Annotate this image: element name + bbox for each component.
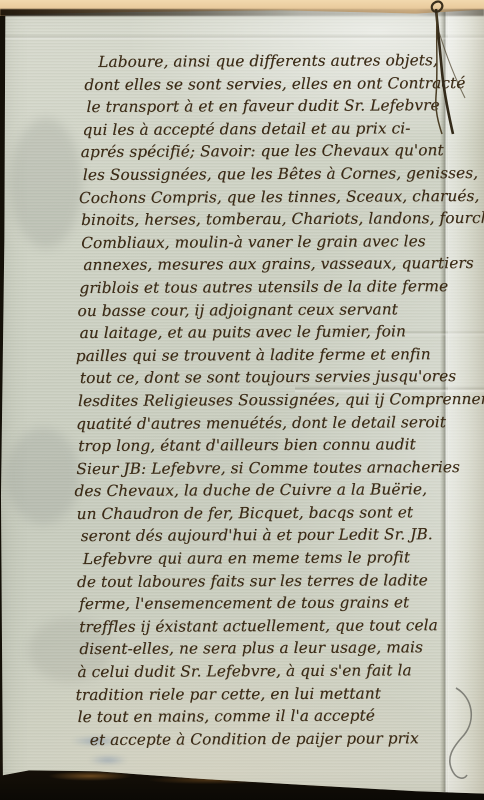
top-edge-shadow	[0, 9, 484, 16]
text-line: aprés spécifié; Savoir: que les Chevaux …	[83, 139, 463, 164]
ink-bleedthrough	[6, 428, 80, 524]
text-line: pailles qui se trouvent à ladite ferme e…	[84, 343, 464, 368]
text-line: un Chaudron de fer, Bicquet, bacqs sont …	[85, 501, 465, 526]
text-line: ferme, l'ensemencement de tous grains et	[85, 591, 465, 616]
text-line: Cochons Compris, que les tinnes, Sceaux,…	[83, 185, 463, 210]
text-line: trop long, étant d'ailleurs bien connu a…	[84, 433, 464, 458]
text-line: Combliaux, moulin-à vaner le grain avec …	[83, 230, 463, 255]
text-line: les Soussignées, que les Bêtes à Cornes,…	[83, 162, 463, 187]
text-line: griblois et tous autres utensils de la d…	[83, 275, 463, 300]
text-line: treffles ij éxistant actuellement, que t…	[85, 614, 465, 639]
manuscript-page: Laboure, ainsi que differents autres obj…	[0, 0, 484, 800]
text-line: et accepte à Condition de paijer pour pr…	[86, 727, 466, 752]
text-line: le transport à et en faveur dudit Sr. Le…	[82, 94, 462, 119]
text-line: annexes, mesures aux grains, vasseaux, q…	[83, 252, 463, 277]
text-line: qui les à accepté dans detail et au prix…	[83, 117, 463, 142]
text-line: de tout laboures faits sur les terres de…	[85, 569, 465, 594]
manuscript-text: Laboure, ainsi que differents autres obj…	[82, 49, 466, 751]
manuscript-photo: Laboure, ainsi que differents autres obj…	[0, 0, 484, 800]
text-line: Lefebvre qui aura en meme tems le profit	[85, 546, 465, 571]
top-crease	[0, 34, 484, 40]
text-line: seront dés aujourd'hui à et pour Ledit S…	[85, 523, 465, 548]
text-line: à celui dudit Sr. Lefebvre, à qui s'en f…	[85, 659, 465, 684]
text-line: disent-elles, ne sera plus a leur usage,…	[85, 636, 465, 661]
text-line: tradition riele par cette, en lui mettan…	[85, 682, 465, 707]
text-line: des Chevaux, la duche de Cuivre a la Buë…	[84, 478, 464, 503]
text-line: dont elles se sont servies, elles en ont…	[82, 72, 462, 97]
text-line: binoits, herses, tomberau, Chariots, lan…	[83, 207, 463, 232]
text-line: Laboure, ainsi que differents autres obj…	[82, 49, 462, 74]
text-line: au laitage, et au puits avec le fumier, …	[84, 320, 464, 345]
ink-bleedthrough	[10, 118, 82, 248]
text-line: ou basse cour, ij adjoignant ceux servan…	[83, 298, 463, 323]
text-line: quatité d'autres menuétés, dont le detai…	[84, 411, 464, 436]
text-line: Sieur JB: Lefebvre, si Comme toutes arna…	[84, 456, 464, 481]
text-line: tout ce, dont se sont toujours servies j…	[84, 365, 464, 390]
text-line: le tout en mains, comme il l'a accepté	[86, 704, 466, 729]
text-line: lesdites Religieuses Soussignées, qui ij…	[84, 388, 464, 413]
